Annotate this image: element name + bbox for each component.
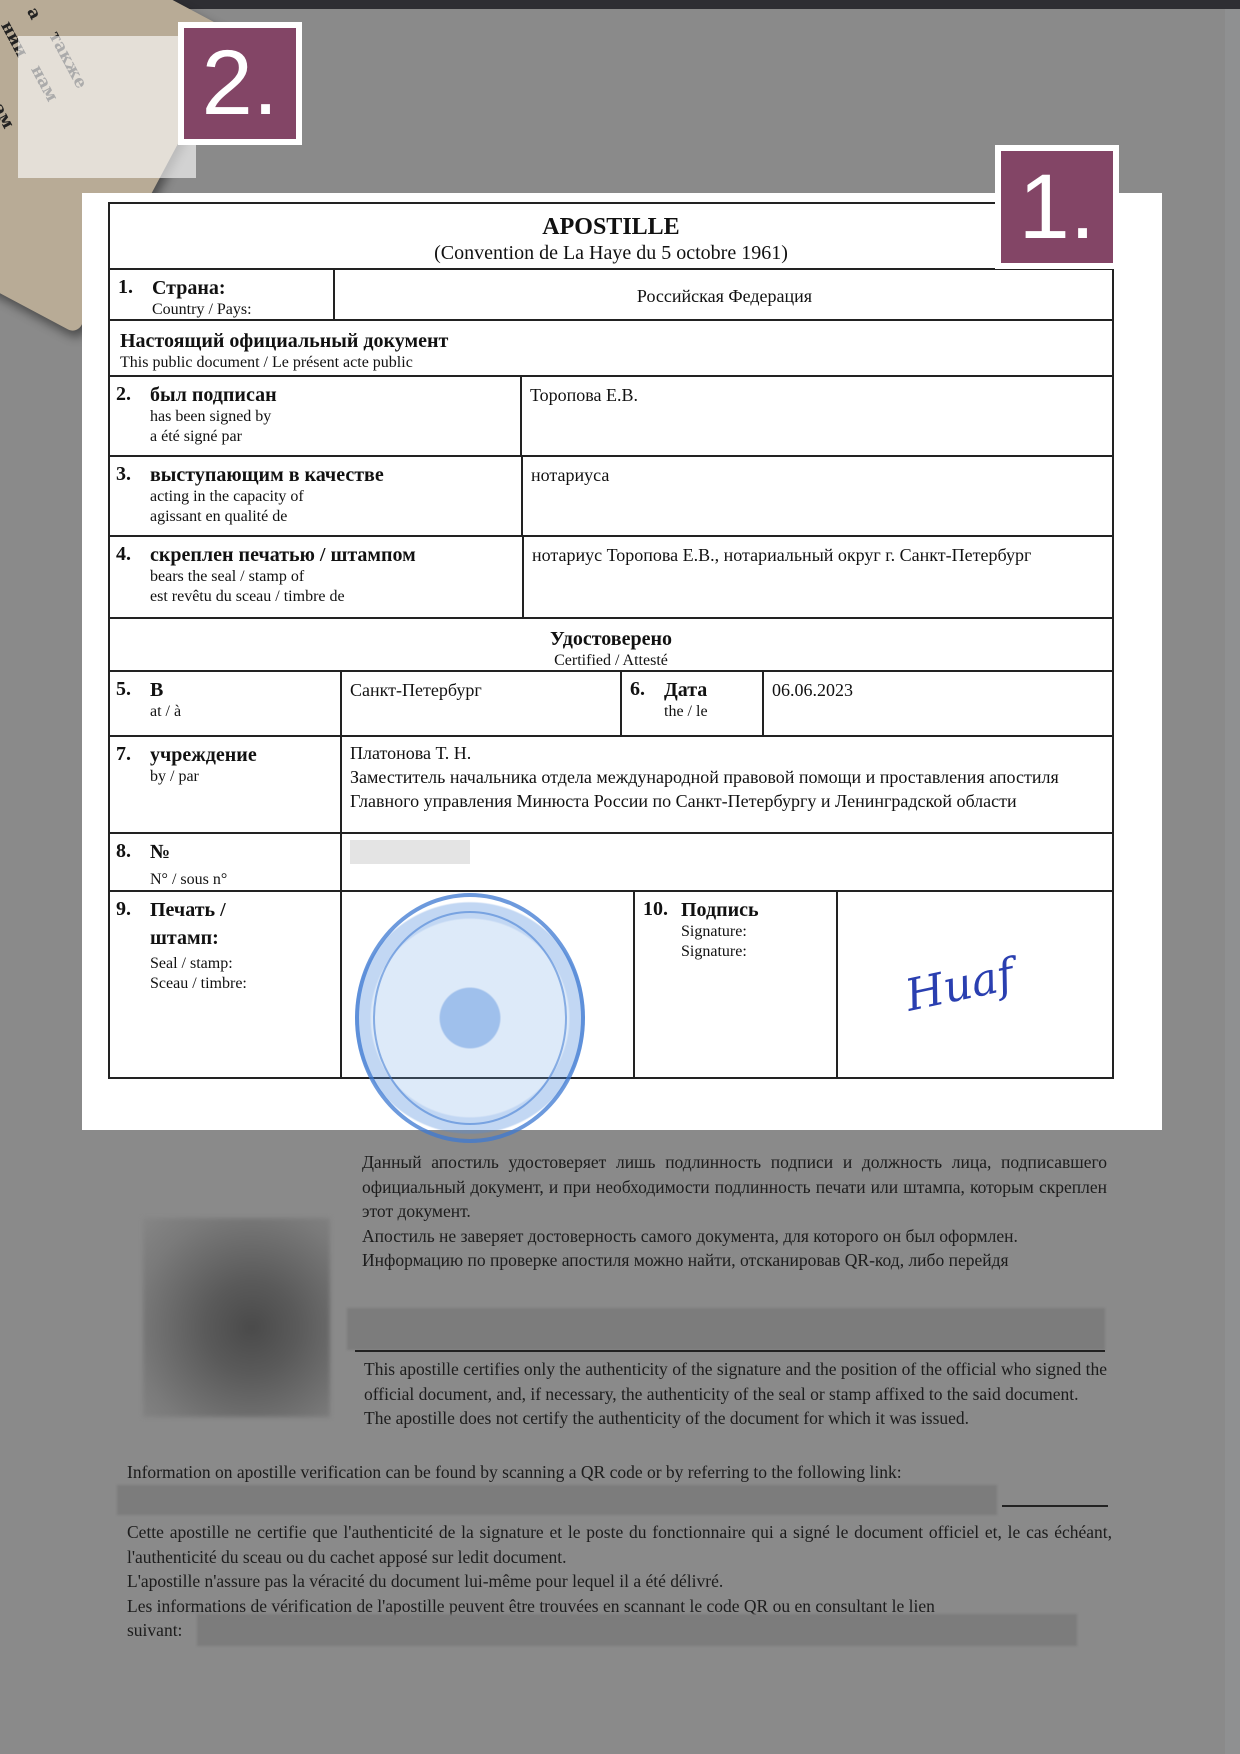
field-label-ru: № [150, 840, 227, 864]
table-bottom-border [108, 1077, 1114, 1079]
apostille-header: APOSTILLE (Convention de La Haye du 5 oc… [108, 202, 1114, 270]
note-ru-3: Информацию по проверке апостиля можно на… [362, 1248, 1107, 1273]
top-dark-edge [160, 0, 1240, 9]
field-label-ru: был подписан [150, 383, 277, 407]
field-label-ru: выступающим в качестве [150, 463, 384, 487]
official-name: Платонова Т. Н. [350, 741, 1064, 765]
note-en: This apostille certifies only the authen… [364, 1357, 1107, 1431]
redacted-qr-code [143, 1218, 330, 1417]
certified-heading: Удостоверено Certified / Attesté [108, 617, 1114, 672]
field-number: 8. [116, 840, 150, 890]
table-right-border [1112, 202, 1114, 1079]
field-label-ru: Настоящий официальный документ [120, 329, 1102, 353]
field-seal-of: 4. скреплен печатью / штампом bears the … [108, 535, 1114, 619]
capacity-value: нотариуса [531, 465, 609, 485]
field-label-ru: скреплен печатью / штампом [150, 543, 416, 567]
redacted-link-ru [347, 1308, 1105, 1350]
field-number-8: 8. № N° / sous n° [108, 832, 1114, 892]
field-label-ru: Страна: [152, 276, 252, 300]
field-number: 1. [118, 276, 152, 320]
field-label-ru: В [150, 678, 181, 702]
field-label-sub: agissant en qualité de [150, 507, 384, 527]
field-label-sub: at / à [150, 702, 181, 722]
field-label-sub: Sceau / timbre: [150, 974, 247, 994]
note-en-1: This apostille certifies only the authen… [364, 1357, 1107, 1406]
note-en-2: The apostille does not certify the authe… [364, 1406, 1107, 1431]
field-number: 10. [643, 898, 681, 962]
table-left-border [108, 202, 110, 1079]
apostille-subtitle: (Convention de La Haye du 5 octobre 1961… [108, 242, 1114, 265]
highlight-region-2 [18, 36, 196, 178]
field-number: 9. [116, 898, 150, 994]
public-document-heading: Настоящий официальный документ This publ… [108, 319, 1114, 377]
page-edge [1225, 9, 1240, 1754]
field-label-ru: штамп: [150, 926, 247, 950]
underline-rule [355, 1350, 1105, 1352]
field-label-sub: N° / sous n° [150, 870, 227, 890]
official-seal-stamp [355, 893, 585, 1143]
badge-label: 1. [1001, 151, 1113, 263]
field-signed-by: 2. был подписан has been signed by a été… [108, 375, 1114, 457]
callout-badge-2: 2. [178, 22, 302, 145]
field-number: 2. [116, 383, 150, 447]
field-label-ru: учреждение [150, 743, 257, 767]
underline-rule [1002, 1505, 1108, 1507]
field-label-sub: Country / Pays: [152, 300, 252, 320]
field-label-ru: Подпись [681, 898, 759, 922]
note-ru-1: Данный апостиль удостоверяет лишь подлин… [362, 1150, 1107, 1224]
field-label-sub: acting in the capacity of [150, 487, 384, 507]
redacted-number [350, 840, 470, 864]
field-label-sub: Seal / stamp: [150, 954, 247, 974]
note-ru: Данный апостиль удостоверяет лишь подлин… [362, 1150, 1107, 1273]
field-label-sub: has been signed by [150, 407, 277, 427]
field-number: 7. [116, 743, 150, 787]
country-value: Российская Федерация [637, 286, 812, 306]
field-label-sub: Certified / Attesté [108, 651, 1114, 671]
field-capacity: 3. выступающим в качестве acting in the … [108, 455, 1114, 537]
note-fr-1: Cette apostille ne certifie que l'authen… [127, 1520, 1112, 1569]
note-fr-2: L'apostille n'assure pas la véracité du … [127, 1569, 1112, 1594]
signed-by-value: Торопова Е.В. [530, 385, 638, 405]
field-country: 1. Страна: Country / Pays: Российская Фе… [108, 268, 1114, 321]
field-label-sub: Signature: [681, 922, 759, 942]
field-label-sub: a été signé par [150, 427, 277, 447]
field-label-sub: Signature: [681, 942, 759, 962]
field-number: 4. [116, 543, 150, 607]
field-number: 5. [116, 678, 150, 722]
field-label-sub: by / par [150, 767, 257, 787]
field-label-sub: est revêtu du sceau / timbre de [150, 587, 416, 607]
redacted-link-en [117, 1485, 997, 1515]
seal-of-value: нотариус Торопова Е.В., нотариальный окр… [532, 545, 1031, 565]
redacted-link-fr [197, 1614, 1077, 1646]
field-issued-by: 7. учреждение by / par Платонова Т. Н. З… [108, 735, 1114, 834]
place-value: Санкт-Петербург [350, 680, 482, 700]
badge-label: 2. [184, 28, 296, 139]
field-label-ru: Дата [664, 678, 708, 702]
field-label-sub: the / le [664, 702, 708, 722]
note-ru-2: Апостиль не заверяет достоверность самог… [362, 1224, 1107, 1249]
field-place-date: 5. В at / à Санкт-Петербург 6. Дата the … [108, 670, 1114, 737]
date-value: 06.06.2023 [772, 680, 853, 700]
field-label-sub: This public document / Le présent acte p… [120, 353, 1102, 373]
field-label-sub: bears the seal / stamp of [150, 567, 416, 587]
official-title: Заместитель начальника отдела международ… [350, 765, 1064, 813]
field-number: 3. [116, 463, 150, 527]
field-label-ru: Печать / [150, 898, 247, 922]
callout-badge-1: 1. [995, 145, 1119, 269]
apostille-title: APOSTILLE [108, 214, 1114, 241]
field-number: 6. [630, 678, 664, 722]
note-en-3: Information on apostille verification ca… [127, 1460, 1112, 1485]
field-label-ru: Удостоверено [108, 627, 1114, 651]
